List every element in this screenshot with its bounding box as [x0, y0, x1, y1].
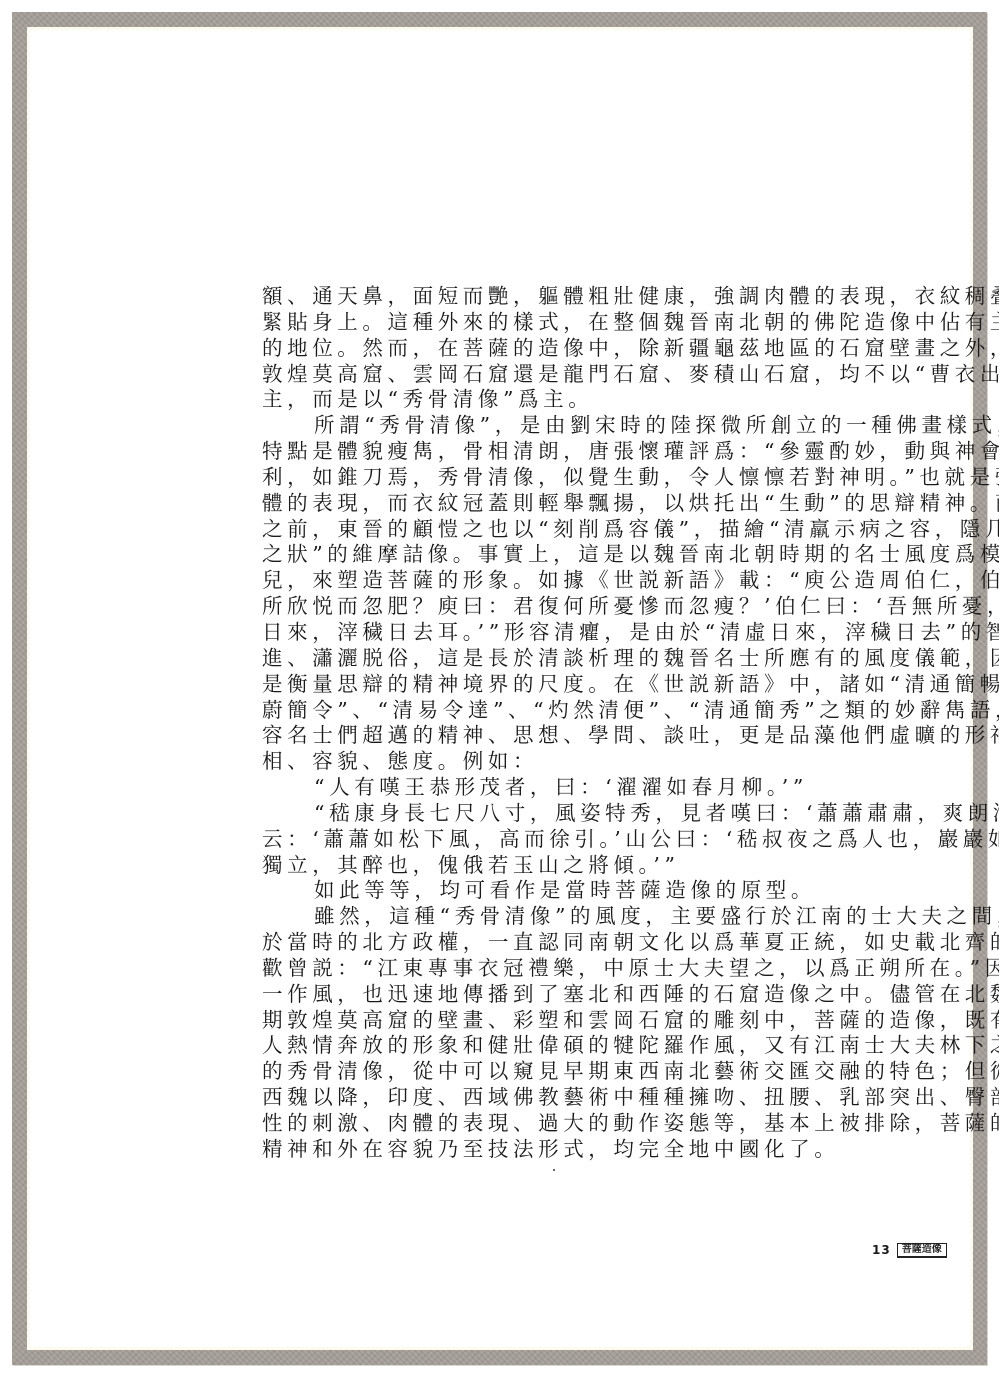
text-line: 額、通天鼻，面短而艷，軀體粗壯健康，強調肉體的表現，衣紋稠叠，流線 [262, 284, 902, 310]
text-line: 於當時的北方政權，一直認同南朝文化以爲華夏正統，如史載北齊的高 [262, 930, 902, 956]
text-line: 蔚簡令”、“清易令達”、“灼然清便”、“清通簡秀”之類的妙辭雋語，既是形 [262, 698, 902, 724]
text-line-paragraph-start: 所謂“秀骨清像”，是由劉宋時的陸探微所創立的一種佛畫樣式，其 [262, 413, 902, 439]
text-line: 緊貼身上。這種外來的樣式，在整個魏晉南北朝的佛陀造像中佔有主導 [262, 310, 902, 336]
page-number: 13 [872, 1243, 891, 1257]
page-footer: 13 菩薩造像 [872, 1240, 947, 1260]
quote-line: “嵇康身長七尺八寸，風姿特秀，見者嘆曰：‘蕭蕭肅肅，爽朗清舉。’或 [262, 801, 902, 827]
text-line: 相、容貌、態度。例如： [262, 749, 902, 775]
quote-line: 獨立，其醉也，傀俄若玉山之將傾。’” [262, 853, 902, 879]
text-line: 進、瀟灑脱俗，這是長於清談析理的魏晉名士所應有的風度儀範，因爲它 [262, 646, 902, 672]
text-line: 體的表現，而衣紋冠蓋則輕舉飄揚，以烘托出“生動”的思辯精神。而在此 [262, 491, 902, 517]
text-line: 所欣悦而忽肥？庾曰：君復何所憂慘而忽瘦？’伯仁曰：‘吾無所憂，直是清虛 [262, 594, 902, 620]
text-line: 期敦煌莫高窟的壁畫、彩塑和雲岡石窟的雕刻中，菩薩的造像，既有西域 [262, 1008, 902, 1034]
quote-line: 云：‘蕭蕭如松下風，高而徐引。’山公曰：‘嵇叔夜之爲人也，巖巖如孤松之 [262, 827, 902, 853]
text-line: 一作風，也迅速地傳播到了塞北和西陲的石窟造像之中。儘管在北魏時 [262, 982, 902, 1008]
text-line: 精神和外在容貌乃至技法形式，均完全地中國化了。 [262, 1137, 902, 1163]
text-line: 歡曾説：“江東專事衣冠禮樂，中原士大夫望之，以爲正朔所在。”因此，這 [262, 956, 902, 982]
body-text: 額、通天鼻，面短而艷，軀體粗壯健康，強調肉體的表現，衣紋稠叠，流線 緊貼身上。這… [262, 284, 902, 1163]
running-title: 菩薩造像 [897, 1243, 947, 1258]
text-line: 之前，東晉的顧愷之也以“刻削爲容儀”，描繪“清羸示病之容，隱几忘言 [262, 517, 902, 543]
text-line: 之狀”的維摩詰像。事實上，這是以魏晉南北朝時期的名士風度爲模特 [262, 542, 902, 568]
text-line: 是衡量思辯的精神境界的尺度。在《世説新語》中，諸如“清通簡暢”、“清 [262, 672, 902, 698]
text-line: 西魏以降，印度、西域佛教藝術中種種擁吻、扭腰、乳部突出、臀部肥大、 [262, 1085, 902, 1111]
text-line: 容名士們超邁的精神、思想、學問、談吐，更是品藻他們虛曠的形神、骨 [262, 723, 902, 749]
text-line-paragraph-start: 雖然，這種“秀骨清像”的風度，主要盛行於江南的士大夫之間，但由 [262, 904, 902, 930]
text-line: 利，如錐刀焉，秀骨清像，似覺生動，令人懔懔若對神明。”也就是強調骨 [262, 465, 902, 491]
text-line: 特點是體貌瘦雋，骨相清朗，唐張懷瓘評爲：“參靈酌妙，動與神會，筆迹勁 [262, 439, 902, 465]
scan-artifact-dot [553, 1169, 555, 1171]
text-line: 兒，來塑造菩薩的形象。如據《世説新語》載：“庾公造周伯仁，伯仁曰：‘君何 [262, 568, 902, 594]
text-line: 人熱情奔放的形象和健壯偉碩的犍陀羅作風，又有江南士大夫林下之風 [262, 1033, 902, 1059]
text-line: 敦煌莫高窟、雲岡石窟還是龍門石窟、麥積山石窟，均不以“曹衣出水”爲 [262, 362, 902, 388]
text-line: 日來，滓穢日去耳。’”形容清癯，是由於“清虛日來，滓穢日去”的智慧精 [262, 620, 902, 646]
text-line: 性的刺激、肉體的表現、過大的動作姿態等，基本上被排除，菩薩的內在 [262, 1111, 902, 1137]
text-line: 的地位。然而，在菩薩的造像中，除新疆龜茲地區的石窟壁畫之外，無論 [262, 336, 902, 362]
text-line: 主，而是以“秀骨清像”爲主。 [262, 387, 902, 413]
text-line-paragraph-start: 如此等等，均可看作是當時菩薩造像的原型。 [262, 878, 902, 904]
text-line: 的秀骨清像，從中可以窺見早期東西南北藝術交匯交融的特色；但從東、 [262, 1059, 902, 1085]
quote-line: “人有嘆王恭形茂者，曰：‘濯濯如春月柳。’” [262, 775, 902, 801]
